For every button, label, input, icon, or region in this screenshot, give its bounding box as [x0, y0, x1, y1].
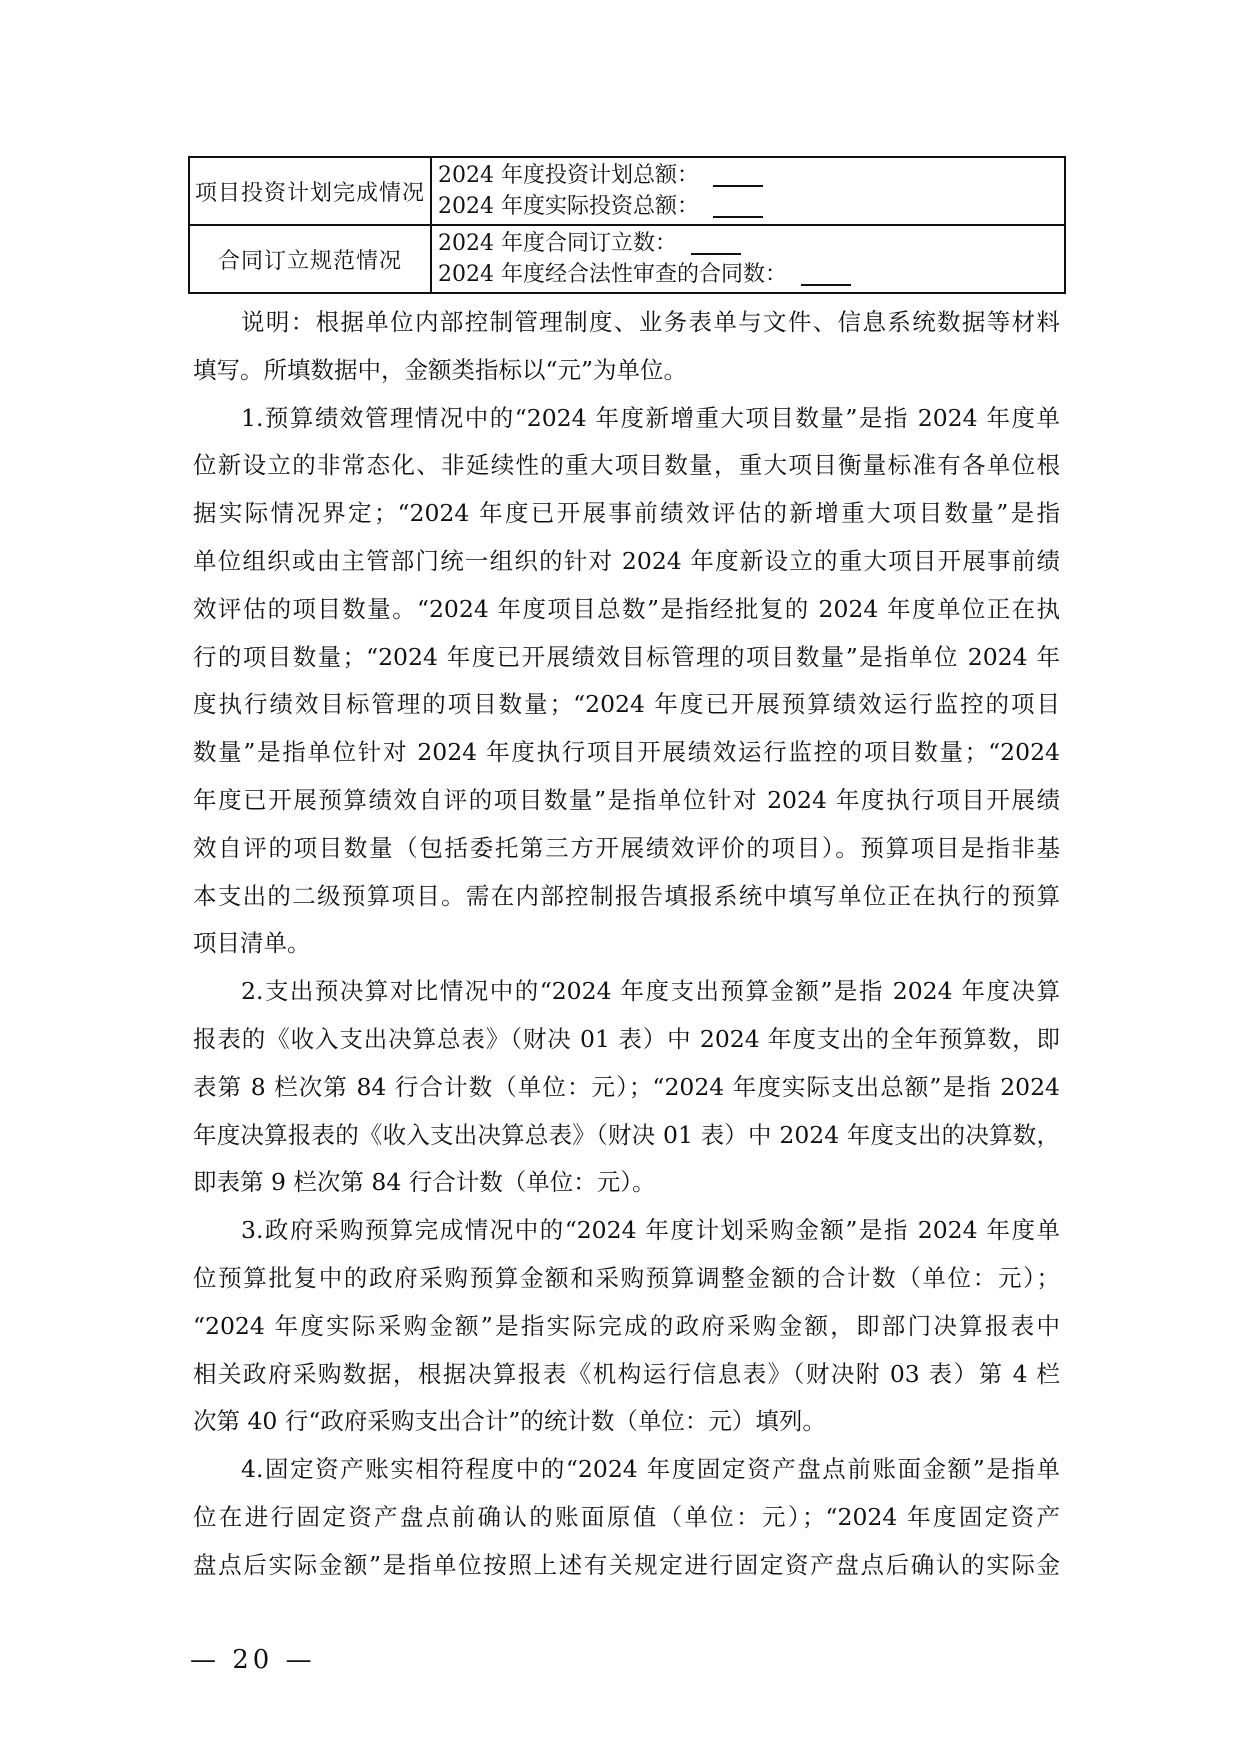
text-line: 表第 8 栏次第 84 行合计数（单位：元）；“2024 年度实际支出总额”是指…: [193, 1072, 1060, 1102]
text-line: 次第 40 行“政府采购支出合计”的统计数（单位：元）填列。: [193, 1406, 1060, 1436]
blank-input[interactable]: [691, 233, 741, 255]
text-line: 位预算批复中的政府采购预算金额和采购预算调整金额的合计数（单位：元）；: [193, 1263, 1060, 1293]
text-line: “2024 年度实际采购金额”是指实际完成的政府采购金额，即部门决算报表中: [193, 1311, 1060, 1341]
field-label: 2024 年度实际投资总额：: [438, 194, 699, 219]
text-line: 报表的《收入支出决算总表》（财决 01 表）中 2024 年度支出的全年预算数，…: [193, 1024, 1060, 1054]
text-line: 行的项目数量；“2024 年度已开展绩效目标管理的项目数量”是指单位 2024 …: [193, 642, 1060, 672]
blank-input[interactable]: [801, 264, 851, 286]
text-line: 度执行绩效目标管理的项目数量；“2024 年度已开展预算绩效运行监控的项目: [193, 689, 1060, 719]
text-line: 即表第 9 栏次第 84 行合计数（单位：元）。: [193, 1167, 1060, 1197]
text-line: 盘点后实际金额”是指单位按照上述有关规定进行固定资产盘点后确认的实际金: [193, 1550, 1060, 1580]
text-line: 位新设立的非常态化、非延续性的重大项目数量，重大项目衡量标准有各单位根: [193, 450, 1060, 480]
text-line: 2.支出预决算对比情况中的“2024 年度支出预算金额”是指 2024 年度决算: [241, 976, 1060, 1006]
row-label-contract: 合同订立规范情况: [189, 225, 431, 293]
blank-input[interactable]: [713, 196, 763, 218]
field-line: 2024 年度实际投资总额：: [438, 191, 1064, 222]
field-line: 2024 年度投资计划总额：: [438, 160, 1064, 191]
text-line: 相关政府采购数据，根据决算报表《机构运行信息表》（财决附 03 表）第 4 栏: [193, 1359, 1060, 1389]
text-line: 位在进行固定资产盘点前确认的账面原值（单位：元）；“2024 年度固定资产: [193, 1502, 1060, 1532]
text-line: 说明：根据单位内部控制管理制度、业务表单与文件、信息系统数据等材料: [241, 307, 1060, 337]
text-line: 4.固定资产账实相符程度中的“2024 年度固定资产盘点前账面金额”是指单: [241, 1454, 1060, 1484]
field-label: 2024 年度经合法性审查的合同数：: [438, 262, 787, 287]
row-fields-investment: 2024 年度投资计划总额： 2024 年度实际投资总额：: [431, 157, 1065, 225]
blank-input[interactable]: [713, 165, 763, 187]
table-row: 合同订立规范情况 2024 年度合同订立数： 2024 年度经合法性审查的合同数…: [189, 225, 1065, 293]
field-label: 2024 年度投资计划总额：: [438, 163, 699, 188]
text-line: 填写。所填数据中，金额类指标以“元”为单位。: [193, 355, 1060, 385]
text-line: 数量”是指单位针对 2024 年度执行项目开展绩效运行监控的项目数量；“2024: [193, 737, 1060, 767]
text-line: 1.预算绩效管理情况中的“2024 年度新增重大项目数量”是指 2024 年度单: [241, 403, 1060, 433]
indicator-table: 项目投资计划完成情况 2024 年度投资计划总额： 2024 年度实际投资总额：…: [188, 156, 1066, 294]
text-line: 本支出的二级预算项目。需在内部控制报告填报系统中填写单位正在执行的预算: [193, 881, 1060, 911]
document-page: 项目投资计划完成情况 2024 年度投资计划总额： 2024 年度实际投资总额：…: [0, 0, 1240, 1754]
text-line: 项目清单。: [193, 928, 1060, 958]
field-line: 2024 年度经合法性审查的合同数：: [438, 259, 1064, 290]
row-fields-contract: 2024 年度合同订立数： 2024 年度经合法性审查的合同数：: [431, 225, 1065, 293]
field-line: 2024 年度合同订立数：: [438, 228, 1064, 259]
page-number: — 20 —: [190, 1645, 316, 1675]
text-line: 年度决算报表的《收入支出决算总表》（财决 01 表）中 2024 年度支出的决算…: [193, 1120, 1060, 1150]
text-line: 年度已开展预算绩效自评的项目数量”是指单位针对 2024 年度执行项目开展绩: [193, 785, 1060, 815]
row-label-investment: 项目投资计划完成情况: [189, 157, 431, 225]
text-line: 3.政府采购预算完成情况中的“2024 年度计划采购金额”是指 2024 年度单: [241, 1215, 1060, 1245]
text-line: 据实际情况界定；“2024 年度已开展事前绩效评估的新增重大项目数量”是指: [193, 498, 1060, 528]
text-line: 单位组织或由主管部门统一组织的针对 2024 年度新设立的重大项目开展事前绩: [193, 546, 1060, 576]
text-line: 效自评的项目数量（包括委托第三方开展绩效评价的项目）。预算项目是指非基: [193, 833, 1060, 863]
field-label: 2024 年度合同订立数：: [438, 231, 677, 256]
table-row: 项目投资计划完成情况 2024 年度投资计划总额： 2024 年度实际投资总额：: [189, 157, 1065, 225]
text-line: 效评估的项目数量。“2024 年度项目总数”是指经批复的 2024 年度单位正在…: [193, 594, 1060, 624]
